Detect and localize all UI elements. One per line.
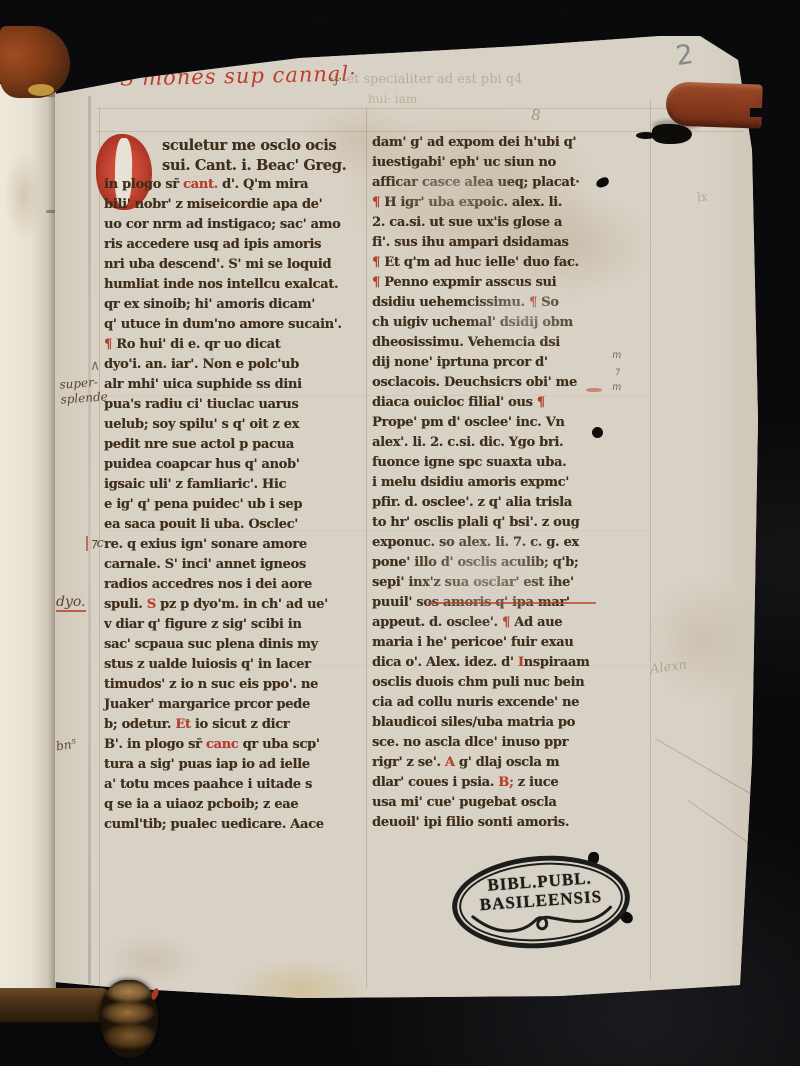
ruling-line [650, 100, 651, 980]
margin-note-2: ⁊c [86, 536, 104, 551]
binding-thread-coil [100, 980, 158, 1058]
rubrication-mark: S [147, 597, 156, 612]
rubrication-mark: ¶ [104, 337, 112, 352]
manuscript-text-line: dam' g' ad expom dei h'ubi q' [372, 135, 648, 155]
manuscript-text-line: e ig' q' pena puidec' ub i sep [104, 497, 369, 517]
manuscript-text-line: q' utuce in dum'no amore sucain'. [104, 317, 369, 337]
worn-patch [380, 160, 530, 220]
margin-note-alexn: Alexn [649, 658, 688, 678]
library-stamp: BIBL.PUBL. BASILEENSIS [449, 850, 633, 954]
rubrication-mark: ¶ [372, 195, 380, 210]
manuscript-text-line: fuonce igne spc suaxta uba. [372, 455, 648, 475]
facing-page-stain [4, 150, 44, 240]
binding-band [0, 988, 108, 1022]
text-column-right: dam' g' ad expom dei h'ubi q'iuestigabi'… [372, 135, 648, 835]
leather-scrap-accent [28, 84, 54, 96]
manuscript-text-line: rigr' z se'. A g' dlaj oscla m [372, 755, 648, 775]
manuscript-text-line: dyo'i. an. iar'. Non e polc'ub [104, 357, 369, 377]
rubrication-mark: B; [498, 775, 513, 790]
manuscript-text-line: pfir. d. osclee'. z q' alia trisla [372, 495, 648, 515]
speck [318, 14, 322, 20]
manuscript-text-line: osclis duois chm puli nuc bein [372, 675, 648, 695]
margin-note-bn: bn⁵ [55, 737, 77, 754]
margin-note-line: splende [60, 389, 108, 407]
manuscript-text-line: cia ad collu nuris excende' ne [372, 695, 648, 715]
manuscript-text-line: in plogo sr̄ cant. d'. Q'm mira [104, 177, 369, 197]
manuscript-photo: S'mones sup cannal· ·j· et specialiter a… [0, 0, 800, 1066]
margin-mark: ⁊ [612, 364, 621, 380]
ruling-line [96, 108, 744, 109]
folio-number: 2 [674, 39, 695, 72]
manuscript-text-line: a' totu mces paahce i uitade s [104, 777, 369, 797]
manuscript-text-line: puidea coapcar hus q' anob' [104, 457, 369, 477]
manuscript-text-line: sce. no ascla dlce' inuso ppr [372, 735, 648, 755]
rubric-title: S'mones sup cannal· [120, 62, 357, 91]
manuscript-text-line: dica o'. Alex. idez. d' Inspiraam [372, 655, 648, 675]
margin-note-supersplende: super- splende [59, 374, 108, 407]
manuscript-text-line: fi'. sus ihu ampari dsidamas [372, 235, 648, 255]
margin-note-dyo: dyo. [56, 594, 86, 612]
manuscript-text-line: deuoil' ipi filio sonti amoris. [372, 815, 648, 835]
manuscript-text-line: dij none' iprtuna prcor d' [372, 355, 648, 375]
scratch-mark [688, 800, 762, 852]
manuscript-text-line: blaudicoi siles/uba matria po [372, 715, 648, 735]
manuscript-text-line: pua's radiu ci' tiuclac uarus [104, 397, 369, 417]
inscription-mark: ·j· [330, 72, 342, 87]
ink-dot [592, 427, 603, 438]
manuscript-text-line: nri uba descend'. S' mi se loquid [104, 257, 369, 277]
manuscript-text-line: dlar' coues i psia. B; z iuce [372, 775, 648, 795]
interline-mark: 8 [530, 105, 543, 124]
manuscript-text-line: qr ex sinoib; hi' amoris dicam' [104, 297, 369, 317]
manuscript-text-line: alex'. li. 2. c.si. dic. Ygo bri. [372, 435, 648, 455]
rubrication-mark: canc [206, 737, 239, 752]
manuscript-text-line: uo cor nrm ad instigaco; sac' amo [104, 217, 369, 237]
manuscript-text-line: usa mi' cue' pugebat oscla [372, 795, 648, 815]
rubrication-mark: ¶ [537, 395, 545, 410]
manuscript-text-line: b; odetur. Et io sicut z dicr [104, 717, 369, 737]
manuscript-text-line: maria i he' pericoe' fuir exau [372, 635, 648, 655]
leather-tab [665, 81, 762, 128]
manuscript-text-line: i melu dsidiu amoris expmc' [372, 475, 648, 495]
manuscript-text-line: v diar q' figure z sig' scibi in [104, 617, 369, 637]
ink-blot-under-tab [652, 124, 692, 144]
pencil-note: lx [696, 190, 708, 205]
manuscript-text-line: ¶ Ro hui' di e. qr uo dicat [104, 337, 369, 357]
worn-patch [460, 280, 590, 350]
manuscript-text-line: pedit nre sue actol p pacua [104, 437, 369, 457]
manuscript-text-line: osclacois. Deuchsicrs obi' me [372, 375, 648, 395]
rubrication-mark: Et [175, 717, 190, 732]
rubrication-mark: A [445, 755, 455, 770]
inscription-faint-text: et specialiter ad est pbi q4 [346, 72, 522, 87]
manuscript-text-line: B'. in plogo sr̄ canc qr uba scp' [104, 737, 369, 757]
manuscript-text-line: Prope' pm d' osclee' inc. Vn [372, 415, 648, 435]
manuscript-text-line: cuml'tib; pualec uedicare. Aace [104, 817, 369, 837]
red-ink-stroke [428, 602, 596, 604]
margin-mark: m [612, 380, 621, 396]
manuscript-text-line: spuli. S pz p dyo'm. in ch' ad ue' [104, 597, 369, 617]
manuscript-text-line: diaca ouicloc filial' ous ¶ [372, 395, 648, 415]
manuscript-text-line: carnale. S' inci' annet igneos [104, 557, 369, 577]
manuscript-text-line: ¶ Et q'm ad huc ielle' duo fac. [372, 255, 648, 275]
manuscript-text-line: igsaic uli' z famliaric'. Hic [104, 477, 369, 497]
text-column-left: sculetur me osclo ocissui. Cant. i. Beac… [104, 137, 369, 837]
manuscript-text-line: radios accedres nos i dei aore [104, 577, 369, 597]
manuscript-text-line: ris accedere usq ad ipis amoris [104, 237, 369, 257]
manuscript-text-line: q se ia a uiaoz pcboib; z eae [104, 797, 369, 817]
manuscript-text-line: 2. ca.si. ut sue ux'is glose a [372, 215, 648, 235]
red-ink-smear [586, 388, 602, 392]
manuscript-text-line: tura a sig' puas iap io ad ielle [104, 757, 369, 777]
speck [560, 8, 565, 15]
margin-caret: ∧ [90, 358, 100, 374]
manuscript-text-line: sac' scpaua suc plena dinis my [104, 637, 369, 657]
manuscript-text-line: timudos' z io n suc eis ppo'. ne [104, 677, 369, 697]
faded-inscription: ·j· et specialiter ad est pbi q4 [330, 72, 522, 87]
faded-inscription-line2: hui· iam [368, 92, 417, 106]
rubrication-mark: ¶ [372, 255, 380, 270]
manuscript-text-line: bili' nobr' z miseicordie apa de' [104, 197, 369, 217]
manuscript-text-line: sui. Cant. i. Beac' Greg. [104, 157, 369, 177]
manuscript-page: S'mones sup cannal· ·j· et specialiter a… [0, 0, 800, 1066]
rubrication-mark: ¶ [372, 275, 380, 290]
manuscript-text-line: humliat inde nos intellcu exalcat. [104, 277, 369, 297]
margin-mark: m [612, 348, 621, 364]
manuscript-text-line: sculetur me osclo ocis [104, 137, 369, 157]
rubrication-mark: cant. [183, 177, 218, 192]
scratch-mark [655, 738, 755, 796]
manuscript-text-line: uelub; soy spilu' s q' oit z ex [104, 417, 369, 437]
manuscript-text-line: ea saca pouit li uba. Osclec' [104, 517, 369, 537]
manuscript-text-line: alr mhi' uica suphide ss dini [104, 377, 369, 397]
tab-notch [750, 108, 762, 117]
manuscript-text-line: stus z ualde luiosis q' in lacer [104, 657, 369, 677]
right-margin-marks: m ⁊ m [612, 348, 621, 396]
manuscript-text-line: re. q exius ign' sonare amore [104, 537, 369, 557]
manuscript-text-line: Juaker' margarice prcor pede [104, 697, 369, 717]
worn-patch [400, 520, 570, 630]
